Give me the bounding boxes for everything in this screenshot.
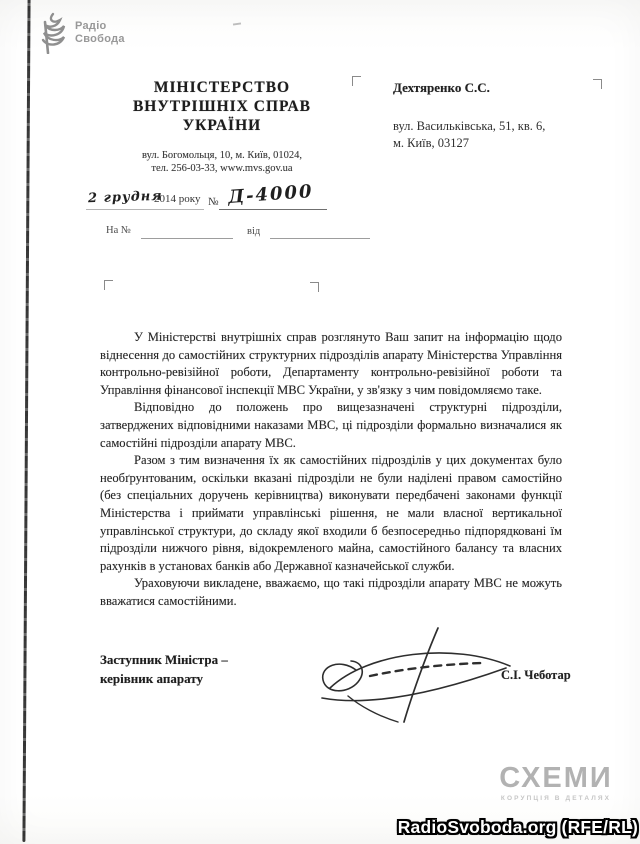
ministry-address-line1: вул. Богомольця, 10, м. Київ, 01024, <box>88 149 356 162</box>
body-paragraph-4: Ураховуючи викладене, вважаємо, що такі … <box>100 575 562 610</box>
crop-mark-mid-left <box>104 280 113 290</box>
scan-fold-line <box>22 0 30 842</box>
schemes-subtitle: КОРУПЦІЯ В ДЕТАЛЯХ <box>486 795 626 802</box>
handwritten-document-number: Д-4000 <box>227 181 314 208</box>
handwritten-date: 2 грудня <box>88 189 163 207</box>
signer-name: С.І. Чеботар <box>501 668 571 683</box>
letter-body: У Міністерстві внутрішніх справ розгляну… <box>100 329 562 611</box>
radio-svoboda-line2: Свобода <box>75 33 125 46</box>
ministry-title: МІНІСТЕРСТВО ВНУТРІШНІХ СПРАВ УКРАЇНИ <box>88 78 356 135</box>
ministry-address: вул. Богомольця, 10, м. Київ, 01024, тел… <box>88 149 356 175</box>
signer-position-line2: керівник апарату <box>100 669 228 688</box>
radio-svoboda-wordmark: Радіо Свобода <box>75 12 125 46</box>
signer-position-line1: Заступник Міністра – <box>100 650 228 669</box>
signer-position: Заступник Міністра – керівник апарату <box>100 650 228 688</box>
number-label: № <box>208 196 219 208</box>
addressee-name: Дехтяренко С.С. <box>393 80 613 96</box>
site-credit-watermark: RadioSvoboda.org (RFE/RL) <box>398 817 638 838</box>
addressee-address-line1: вул. Васильківська, 51, кв. 6, <box>393 118 613 135</box>
schemes-watermark: СХЕМИ КОРУПЦІЯ В ДЕТАЛЯХ <box>486 763 626 802</box>
radio-svoboda-line1: Радіо <box>75 20 125 33</box>
crop-mark-top-left <box>352 76 361 86</box>
ministry-letterhead: МІНІСТЕРСТВО ВНУТРІШНІХ СПРАВ УКРАЇНИ ву… <box>88 78 356 175</box>
addressee-block: Дехтяренко С.С. вул. Васильківська, 51, … <box>393 80 613 152</box>
scan-artifact-dash <box>233 22 241 25</box>
ministry-title-line2: ВНУТРІШНІХ СПРАВ <box>88 97 356 116</box>
addressee-address: вул. Васильківська, 51, кв. 6, м. Київ, … <box>393 118 613 152</box>
printed-year-label: 2014 року <box>154 193 200 205</box>
handwritten-signature <box>278 626 516 729</box>
crop-mark-mid-right <box>310 282 319 292</box>
reply-date-underline <box>270 238 370 239</box>
reply-number-underline <box>141 238 233 239</box>
addressee-address-line2: м. Київ, 03127 <box>393 135 613 152</box>
ministry-title-line3: УКРАЇНИ <box>88 116 356 135</box>
scanned-letter-page: Радіо Свобода МІНІСТЕРСТВО ВНУТРІШНІХ СП… <box>0 0 640 844</box>
reply-from-label: від <box>247 226 260 237</box>
schemes-title: СХЕМИ <box>486 763 626 793</box>
reply-to-label: На № <box>106 225 131 236</box>
body-paragraph-1: У Міністерстві внутрішніх справ розгляну… <box>100 329 562 399</box>
radio-svoboda-bird-icon <box>33 12 69 59</box>
date-underline <box>86 209 204 210</box>
ministry-title-line1: МІНІСТЕРСТВО <box>88 78 356 97</box>
number-underline <box>219 209 327 210</box>
body-paragraph-3: Разом з тим визначення їх як самостійних… <box>100 452 562 575</box>
body-paragraph-2: Відповідно до положень про вищезазначені… <box>100 399 562 452</box>
radio-svoboda-logo: Радіо Свобода <box>33 12 125 59</box>
ministry-address-line2: тел. 256-03-33, www.mvs.gov.ua <box>88 162 356 175</box>
